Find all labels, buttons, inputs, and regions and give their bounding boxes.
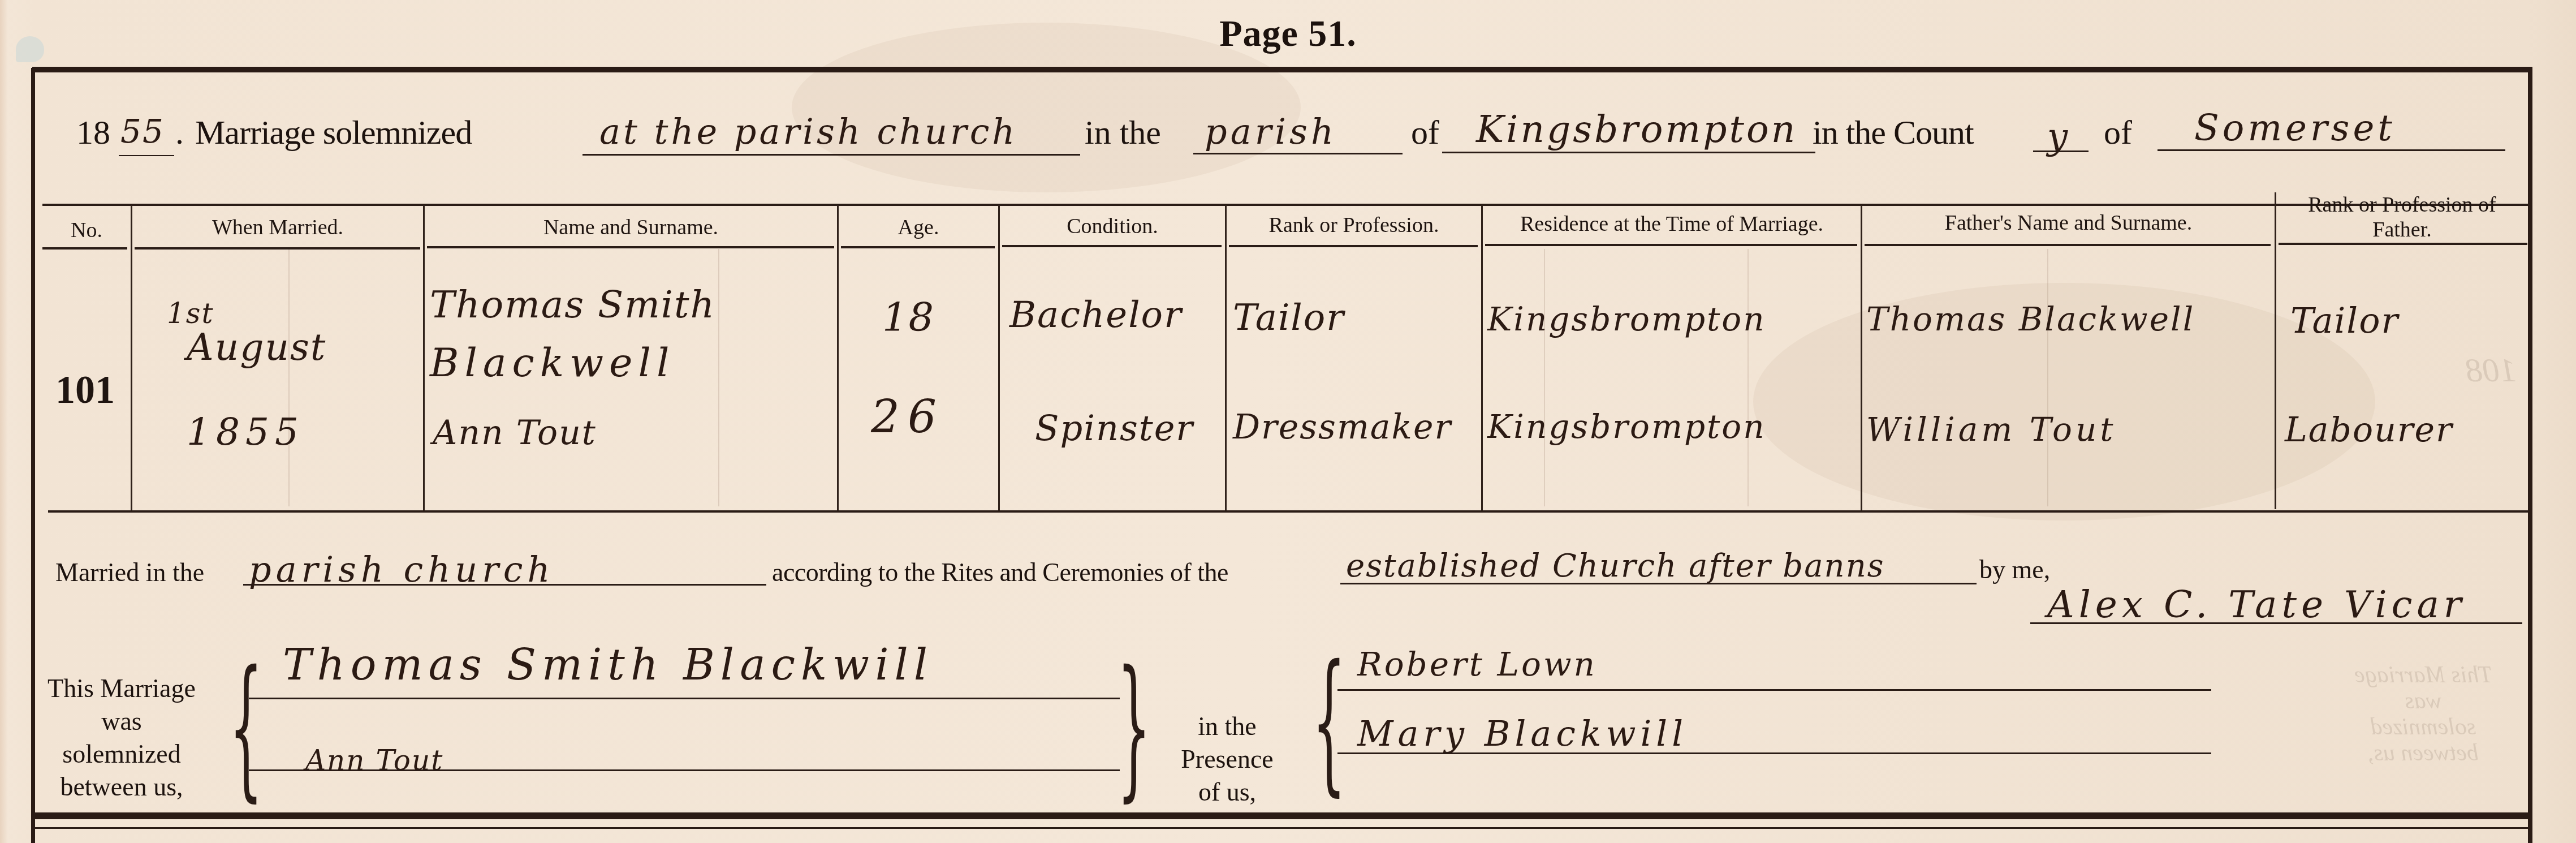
show-through-line: was (2353, 688, 2494, 714)
column-divider (1225, 205, 1227, 510)
column-divider (837, 205, 839, 510)
officiant-signature: Alex C. Tate Vicar (2047, 583, 2466, 626)
witness-2-signature: Mary Blackwill (1357, 713, 1688, 754)
presence-label-line: of us, (1171, 776, 1284, 808)
groom-name-line1: Thomas Smith (430, 283, 715, 326)
place-handwritten: at the parish church (599, 111, 1017, 152)
column-divider (423, 205, 425, 510)
column-header-father-rank: Rank or Profession of Father. (2276, 192, 2528, 242)
solemnized-label-line: solemnized (45, 738, 198, 771)
in-the-county-label: in the Count (1813, 113, 1974, 152)
rites-handwritten: established Church after banns (1346, 548, 1884, 584)
page-number-title: Page 51. (0, 12, 2576, 55)
column-divider (1861, 205, 1862, 510)
header-bottom-rule (1229, 245, 1478, 247)
year-printed-prefix: 18 (76, 113, 110, 152)
header-bottom-rule (1865, 244, 2271, 246)
bride-father-name: William Tout (1866, 410, 2117, 449)
header-bottom-rule (1002, 245, 1222, 247)
column-header-residence: Residence at the Time of Marriage. (1483, 212, 1861, 236)
groom-age: 18 (882, 294, 935, 341)
presence-label-line: Presence (1171, 743, 1284, 776)
groom-rank: Tailor (1233, 297, 1345, 339)
presence-of-label: in the Presence of us, (1171, 710, 1284, 808)
bride-signature-line (249, 769, 1120, 771)
entry-number: 101 (55, 368, 115, 413)
by-me-label: by me, (1979, 554, 2050, 584)
of-label-2: of (2104, 113, 2132, 152)
solemnized-label-line: This Marriage (45, 672, 198, 705)
show-through-line: This Marriage (2353, 662, 2494, 688)
groom-residence: Kingsbrompton (1487, 300, 1766, 338)
header-bottom-rule (427, 246, 834, 248)
cell-guide-line (288, 249, 290, 506)
district-type-blank-line (1193, 153, 1403, 154)
column-header-rank: Rank or Profession. (1227, 213, 1481, 238)
cell-guide-line (1747, 249, 1749, 506)
district-name-handwritten: Kingsbrompton (1476, 107, 1797, 151)
rites-blank-line (1340, 583, 1977, 584)
cell-guide-line (1544, 249, 1545, 506)
district-type-handwritten: parish (1205, 111, 1337, 152)
year-blank-line (119, 155, 174, 156)
groom-signature-line (249, 698, 1120, 699)
table-bottom-rule (48, 510, 2528, 513)
bride-rank: Dressmaker (1233, 407, 1452, 447)
ceremony-place-blank-line (243, 584, 766, 586)
header-bottom-rule (841, 246, 995, 248)
witness-2-line (1337, 752, 2211, 754)
show-through-text: This Marriage was solemnized between us, (2353, 662, 2494, 766)
column-divider (131, 205, 132, 510)
show-through-number: 108 (2466, 351, 2517, 390)
when-married-month: August (187, 325, 326, 369)
right-brace-icon: } (1117, 651, 1151, 803)
groom-father-rank: Tailor (2290, 300, 2399, 341)
place-blank-line (582, 154, 1080, 156)
header-bottom-rule (1485, 244, 1857, 246)
witness-brace-icon: { (1312, 645, 1346, 798)
year-handwritten-suffix: 55 (120, 112, 165, 150)
column-header-name: Name and Surname. (425, 215, 837, 240)
column-divider (1481, 205, 1483, 510)
groom-signature: Thomas Smith Blackwill (283, 639, 933, 690)
bride-age: 26 (871, 390, 944, 443)
frame-bottom-thick-rule (35, 812, 2529, 819)
show-through-line: solemnized (2353, 714, 2494, 740)
bride-name: Ann Tout (433, 413, 597, 453)
table-top-rule (42, 204, 2528, 206)
witness-1-signature: Robert Lown (1357, 645, 1597, 683)
officiant-signature-line (2030, 622, 2522, 624)
solemnized-label-line: between us, (45, 771, 198, 803)
header-bottom-rule (135, 247, 420, 250)
bride-residence: Kingsbrompton (1487, 407, 1766, 446)
header-bottom-rule (2279, 243, 2527, 245)
show-through-line: between us, (2353, 740, 2494, 766)
bride-father-rank: Labourer (2285, 410, 2453, 450)
frame-bottom-thin-rule (35, 827, 2529, 829)
column-header-age: Age. (839, 215, 998, 240)
column-divider (998, 205, 1000, 510)
solemnized-label-line: was (45, 705, 198, 738)
column-header-father-rank-line2: Father. (2276, 217, 2528, 242)
cell-guide-line (2047, 249, 2048, 506)
frame-right-border (2528, 70, 2532, 843)
bride-signature: Ann Tout (305, 744, 443, 777)
witness-1-line (1337, 689, 2211, 691)
column-header-no: No. (42, 218, 131, 243)
of-label-1: of (1411, 113, 1439, 152)
frame-top-border (32, 67, 2532, 72)
marriage-solemnized-label: Marriage solemnized (195, 113, 472, 152)
cell-guide-line (718, 249, 719, 506)
according-to-label: according to the Rites and Ceremonies of… (772, 557, 1228, 587)
groom-father-name: Thomas Blackwell (1866, 300, 2195, 338)
county-suffix-blank-line (2033, 150, 2089, 152)
solemnized-between-label: This Marriage was solemnized between us, (45, 672, 198, 803)
year-period: . (175, 113, 184, 152)
county-name-blank-line (2158, 149, 2505, 151)
bride-condition: Spinster (1035, 407, 1194, 449)
column-header-when-married: When Married. (132, 215, 423, 240)
county-name-handwritten: Somerset (2194, 107, 2396, 149)
district-name-blank-line (1442, 152, 1815, 153)
married-in-the-label: Married in the (55, 557, 204, 587)
groom-name-line2: Blackwell (430, 339, 675, 386)
when-married-year: 1855 (187, 410, 304, 454)
left-brace-icon: { (229, 651, 263, 803)
column-header-father-rank-line1: Rank or Profession of (2276, 192, 2528, 217)
presence-label-line: in the (1171, 710, 1284, 743)
in-the-label: in the (1085, 113, 1161, 152)
column-header-condition: Condition. (1000, 214, 1225, 239)
frame-left-border (31, 68, 35, 843)
header-bottom-rule (42, 247, 127, 250)
groom-condition: Bachelor (1009, 294, 1183, 336)
column-header-father-name: Father's Name and Surname. (1862, 210, 2275, 235)
